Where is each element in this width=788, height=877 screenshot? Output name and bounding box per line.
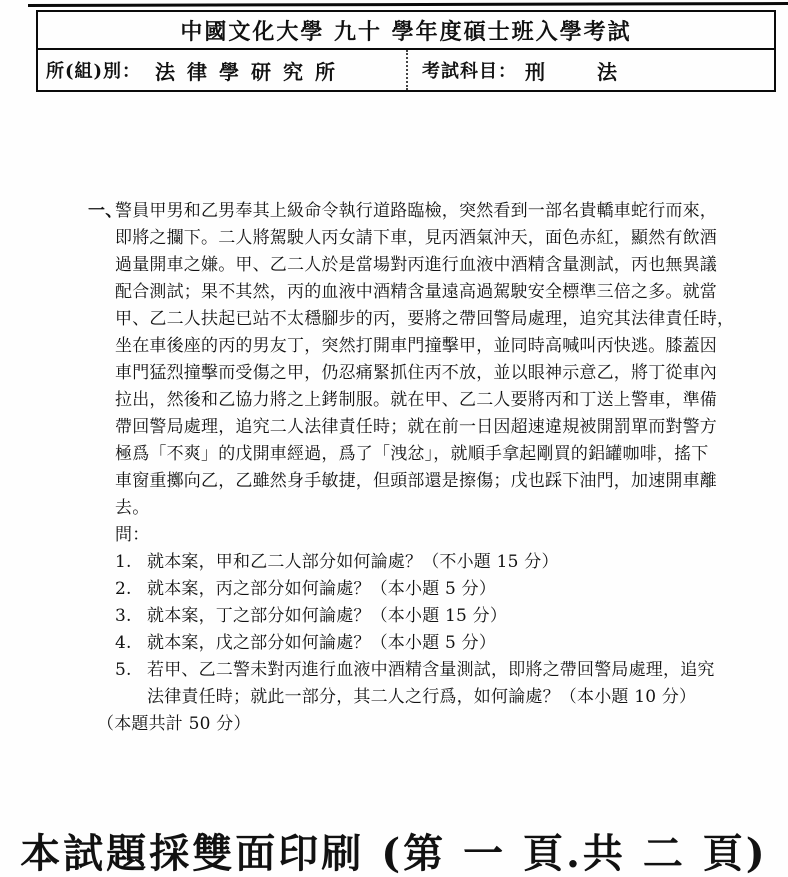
subject-value: 刑 法: [525, 56, 621, 85]
sub-question-number: 4.: [115, 630, 147, 657]
exam-header-table: 中國文化大學 九十 學年度碩士班入學考試 所(組)別： 法律學研究所 考試科目：…: [36, 10, 776, 92]
ask-label: 問：: [115, 522, 736, 549]
sub-question-5: 5. 若甲、乙二警未對丙進行血液中酒精含量測試，即將之帶回警局處理，追究 法律責…: [115, 657, 736, 711]
body-line: 車窗重擲向乙，乙雖然身手敏捷，但頭部還是擦傷；戊也踩下油門，加速開車離: [115, 468, 736, 495]
body-line: 警員甲男和乙男奉其上級命令執行道路臨檢，突然看到一部名貴轎車蛇行而來，: [115, 198, 736, 225]
sub-question-number: 5.: [115, 657, 147, 711]
total-points-note: （本題共計 50 分）: [97, 711, 736, 738]
double-sided-print-notice: 本試題採雙面印刷 (第 一 頁.共 二 頁): [0, 822, 788, 877]
body-line: 去。: [115, 495, 736, 522]
body-line: 坐在車後座的丙的男友丁，突然打開車門撞擊甲，並同時高喊叫丙快逃。膝蓋因: [115, 333, 736, 360]
department-label: 所(組)別：: [46, 57, 141, 83]
question-number-marker: 一、: [88, 198, 115, 738]
body-line: 帶回警局處理，追究二人法律責任時；就在前一日因超速違規被開罰單而對警方: [115, 414, 736, 441]
sub-question-text: 若甲、乙二警未對丙進行血液中酒精含量測試，即將之帶回警局處理，追究: [147, 657, 736, 684]
department-cell: 所(組)別： 法律學研究所: [38, 50, 406, 90]
question-body: 一、 警員甲男和乙男奉其上級命令執行道路臨檢，突然看到一部名貴轎車蛇行而來， 即…: [88, 198, 736, 738]
sub-question-1: 1. 就本案，甲和乙二人部分如何論處？（不小題 15 分）: [115, 549, 736, 576]
sub-question-number: 3.: [115, 603, 147, 630]
body-line: 車門猛烈撞擊而受傷之甲，仍忍痛緊抓住丙不放，並以眼神示意乙，將丁從車內: [115, 360, 736, 387]
body-line: 極爲「不爽」的戊開車經過，爲了「洩忿」，就順手拿起剛買的鋁罐咖啡，搖下: [115, 441, 736, 468]
body-line: 即將之攔下。二人將駕駛人丙女請下車，見丙酒氣沖天，面色赤紅，顯然有飲酒: [115, 225, 736, 252]
body-line: 配合測試；果不其然，丙的血液中酒精含量遠高過駕駛安全標準三倍之多。就當: [115, 279, 736, 306]
department-value: 法律學研究所: [155, 56, 347, 85]
sub-question-2: 2. 就本案，丙之部分如何論處？（本小題 5 分）: [115, 576, 736, 603]
sub-question-4: 4. 就本案，戊之部分如何論處？（本小題 5 分）: [115, 630, 736, 657]
sub-question-text: 就本案，丙之部分如何論處？（本小題 5 分）: [147, 576, 736, 603]
sub-question-number: 2.: [115, 576, 147, 603]
exam-paper-page: 中國文化大學 九十 學年度碩士班入學考試 所(組)別： 法律學研究所 考試科目：…: [0, 0, 788, 877]
sub-question-text: 就本案，戊之部分如何論處？（本小題 5 分）: [147, 630, 736, 657]
subject-label: 考試科目：: [422, 57, 517, 83]
scan-edge-line: [28, 2, 788, 7]
body-line: 甲、乙二人扶起已站不太穩腳步的丙，要將之帶回警局處理，追究其法律責任時，: [115, 306, 736, 333]
body-line: 拉出，然後和乙協力將之上銬制服。就在甲、乙二人要將丙和丁送上警車，準備: [115, 387, 736, 414]
body-line: 過量開車之嫌。甲、乙二人於是當場對丙進行血液中酒精含量測試，丙也無異議: [115, 252, 736, 279]
question-text-column: 警員甲男和乙男奉其上級命令執行道路臨檢，突然看到一部名貴轎車蛇行而來， 即將之攔…: [115, 198, 736, 738]
exam-info-row: 所(組)別： 法律學研究所 考試科目： 刑 法: [38, 50, 774, 90]
subject-cell: 考試科目： 刑 法: [406, 50, 774, 90]
sub-question-number: 1.: [115, 549, 147, 576]
sub-question-3: 3. 就本案，丁之部分如何論處？（本小題 15 分）: [115, 603, 736, 630]
sub-question-text: 就本案，丁之部分如何論處？（本小題 15 分）: [147, 603, 736, 630]
question-one: 一、 警員甲男和乙男奉其上級命令執行道路臨檢，突然看到一部名貴轎車蛇行而來， 即…: [88, 198, 736, 738]
sub-question-text: 法律責任時；就此一部分，其二人之行爲，如何論處？（本小題 10 分）: [147, 684, 736, 711]
exam-title: 中國文化大學 九十 學年度碩士班入學考試: [38, 12, 774, 50]
sub-question-text: 就本案，甲和乙二人部分如何論處？（不小題 15 分）: [147, 549, 736, 576]
